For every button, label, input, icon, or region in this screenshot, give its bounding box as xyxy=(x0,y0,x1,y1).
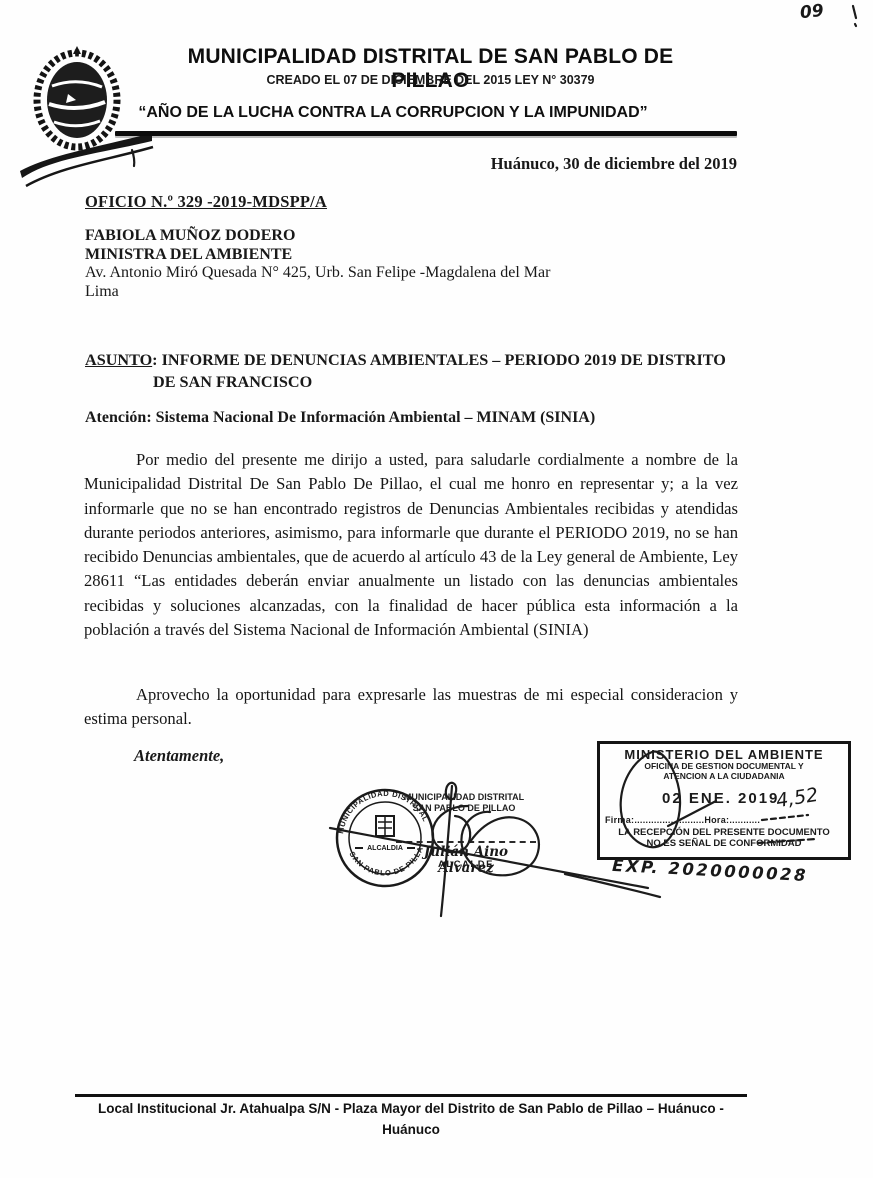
stamp-office-line2: ATENCION A LA CIUDADANIA xyxy=(600,772,848,782)
subject-separator: : xyxy=(152,351,161,369)
recipient-city: Lima xyxy=(85,283,550,302)
subject-line: ASUNTO: INFORME DE DENUNCIAS AMBIENTALES… xyxy=(85,350,733,393)
attention-line: Atención: Sistema Nacional De Informació… xyxy=(85,409,595,427)
closing-salutation: Atentamente, xyxy=(134,746,224,766)
letterhead-year-motto: “AÑO DE LA LUCHA CONTRA LA CORRUPCION Y … xyxy=(118,104,668,122)
stamp-hora-label: Hora: xyxy=(704,815,729,825)
signature-org-caption: MUNICIPALIDAD DISTRITAL SAN PABLO DE PIL… xyxy=(398,792,530,813)
recipient-title: MINISTRA DEL AMBIENTE xyxy=(85,246,550,265)
footer-address-line1: Local Institucional Jr. Atahualpa S/N - … xyxy=(75,1098,747,1119)
subject-text: INFORME DE DENUNCIAS AMBIENTALES – PERIO… xyxy=(153,351,726,391)
letter-date-line: Huánuco, 30 de diciembre del 2019 xyxy=(437,154,737,174)
handwritten-exp-number: EXP. 2020000028 xyxy=(612,856,809,885)
stamp-hora-dots: ........... xyxy=(729,815,760,825)
signature-org-line2: SAN PABLO DE PILLAO xyxy=(398,803,530,814)
stamp-ministry-name: MINISTERIO DEL AMBIENTE xyxy=(600,747,848,762)
footer-divider xyxy=(75,1094,747,1097)
body-paragraph-1: Por medio del presente me dirijo a usted… xyxy=(84,448,738,642)
footer-address-line2: Huánuco xyxy=(75,1119,747,1140)
recipient-address: Av. Antonio Miró Quesada N° 425, Urb. Sa… xyxy=(85,264,550,283)
recipient-block: FABIOLA MUÑOZ DODERO MINISTRA DEL AMBIEN… xyxy=(85,227,550,301)
stamp-firma-hora-line: Firma:.........................Hora:....… xyxy=(600,815,848,825)
body-paragraph-2: Aprovecho la oportunidad para expresarle… xyxy=(84,683,738,732)
recipient-name: FABIOLA MUÑOZ DODERO xyxy=(85,227,550,246)
letterhead-divider xyxy=(115,131,737,136)
signer-title: ALCALDE xyxy=(396,859,536,870)
subject-label: ASUNTO xyxy=(85,351,152,369)
stamp-firma-dots: ......................... xyxy=(634,815,704,825)
letterhead-created-line: CREADO EL 07 DE DICIEMBRE DEL 2015 LEY N… xyxy=(148,73,713,87)
signature-org-line1: MUNICIPALIDAD DISTRITAL xyxy=(398,792,530,803)
stamp-disclaimer-line2: NO ES SEÑAL DE CONFORMIDAD xyxy=(600,838,848,849)
handwritten-corner-mark: 09 xyxy=(799,1,825,23)
scanned-letter-page: 09 MUNICIPALIDAD DISTRITAL DE SAN PABLO … xyxy=(0,0,873,1178)
footer-address: Local Institucional Jr. Atahualpa S/N - … xyxy=(75,1098,747,1140)
oficio-reference-number: OFICIO N.º 329 -2019-MDSPP/A xyxy=(85,192,327,212)
stamp-disclaimer-line1: LA RECEPCIÓN DEL PRESENTE DOCUMENTO xyxy=(600,827,848,838)
stamp-firma-label: Firma: xyxy=(605,815,634,825)
